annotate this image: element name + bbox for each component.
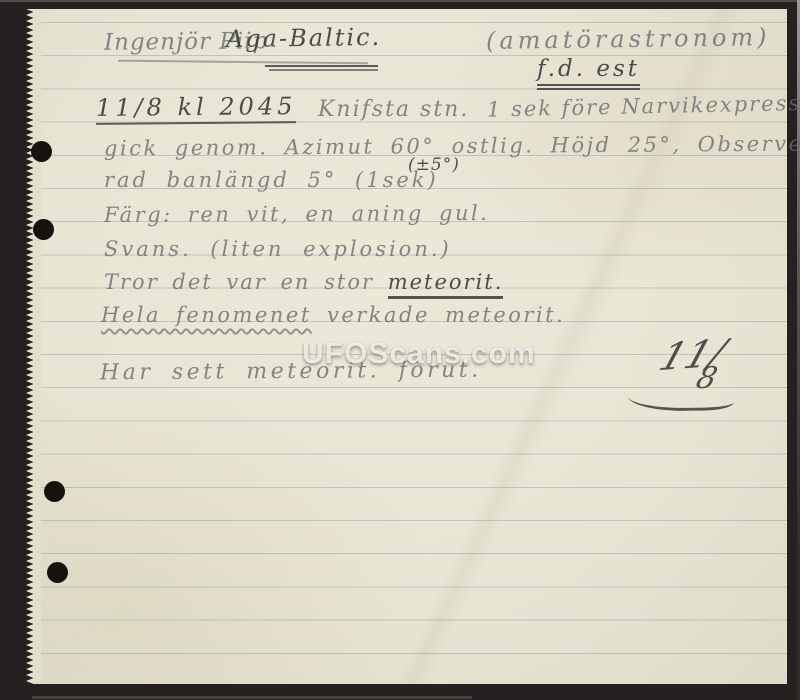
handwriting-plus-minus-note: (±5°) [408,157,460,174]
handwriting-amateur-astronomer-note: (amatörastronom) [486,25,771,53]
watermark: UFOScans.com [302,337,536,371]
handwriting-phenomenon-rest: verkade meteorit. [327,303,565,327]
scan-frame-top-edge [0,0,800,2]
handwriting-meteorit-underlined: meteorit. [388,270,504,299]
punch-hole [47,562,68,583]
handwriting-station: Knifsta stn. [318,99,469,121]
scan-frame-bottom-edge [32,696,472,699]
punch-hole [31,141,52,162]
torn-spiral-edge [26,9,41,684]
handwriting-tail-line: Svans. (liten explosion.) [104,239,452,260]
punch-hole [44,481,65,502]
underline-stroke [265,65,378,67]
handwriting-phenomenon-line: Hela fenomenet verkade meteorit. [101,305,565,326]
handwriting-guess-prefix: Tror det var en stor [104,270,374,294]
handwriting-company: Aga-Baltic. [226,25,381,51]
handwriting-date-time: 11/8 kl 2045 [96,95,297,125]
scanned-notebook-page: Ingenjör Piip Aga-Baltic. (amatörastrono… [0,0,800,700]
handwriting-hela-fenomenet-wavy: Hela fenomenet [101,303,312,327]
handwriting-former-est-note: f.d. est [537,58,640,90]
handwriting-color-line: Färg: ren vit, en aning gul. [104,203,489,226]
handwriting-meteorite-guess-line: Tror det var en stor meteorit. [104,272,503,293]
punch-hole [33,219,54,240]
handwriting-path-length-line: rad banlängd 5° (1sek) [104,170,439,191]
underline-stroke [269,69,378,71]
